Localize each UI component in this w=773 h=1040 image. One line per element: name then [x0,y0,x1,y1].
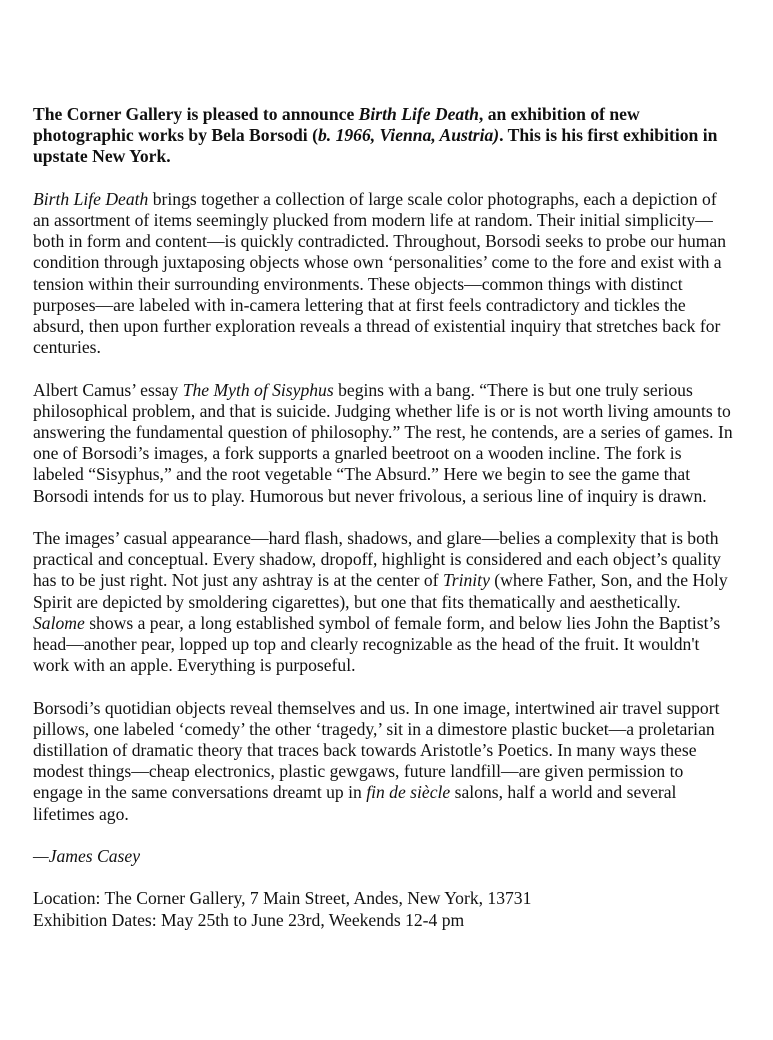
body-paragraph-1: Birth Life Death brings together a colle… [33,189,733,359]
dates-line: Exhibition Dates: May 25th to June 23rd,… [33,910,733,931]
paragraph-text: shows a pear, a long established symbol … [33,613,720,675]
location-line: Location: The Corner Gallery, 7 Main Str… [33,888,733,909]
exhibition-title: Birth Life Death [33,189,148,209]
body-paragraph-3: The images’ casual appearance—hard flash… [33,528,733,676]
announcement-paragraph: The Corner Gallery is pleased to announc… [33,104,733,168]
exhibition-title: Birth Life Death [359,104,479,124]
author-signature: —James Casey [33,846,733,867]
body-paragraph-2: Albert Camus’ essay The Myth of Sisyphus… [33,380,733,507]
paragraph-text: Albert Camus’ essay [33,380,183,400]
artwork-title: Salome [33,613,85,633]
artwork-title: Trinity [443,570,490,590]
foreign-phrase: fin de siècle [366,782,450,802]
book-title: The Myth of Sisyphus [183,380,334,400]
artist-bio: b. 1966, Vienna, Austria) [318,125,499,145]
announcement-text: The Corner Gallery is pleased to announc… [33,104,359,124]
body-paragraph-4: Borsodi’s quotidian objects reveal thems… [33,698,733,825]
press-release: The Corner Gallery is pleased to announc… [33,104,733,931]
paragraph-text: brings together a collection of large sc… [33,189,726,357]
